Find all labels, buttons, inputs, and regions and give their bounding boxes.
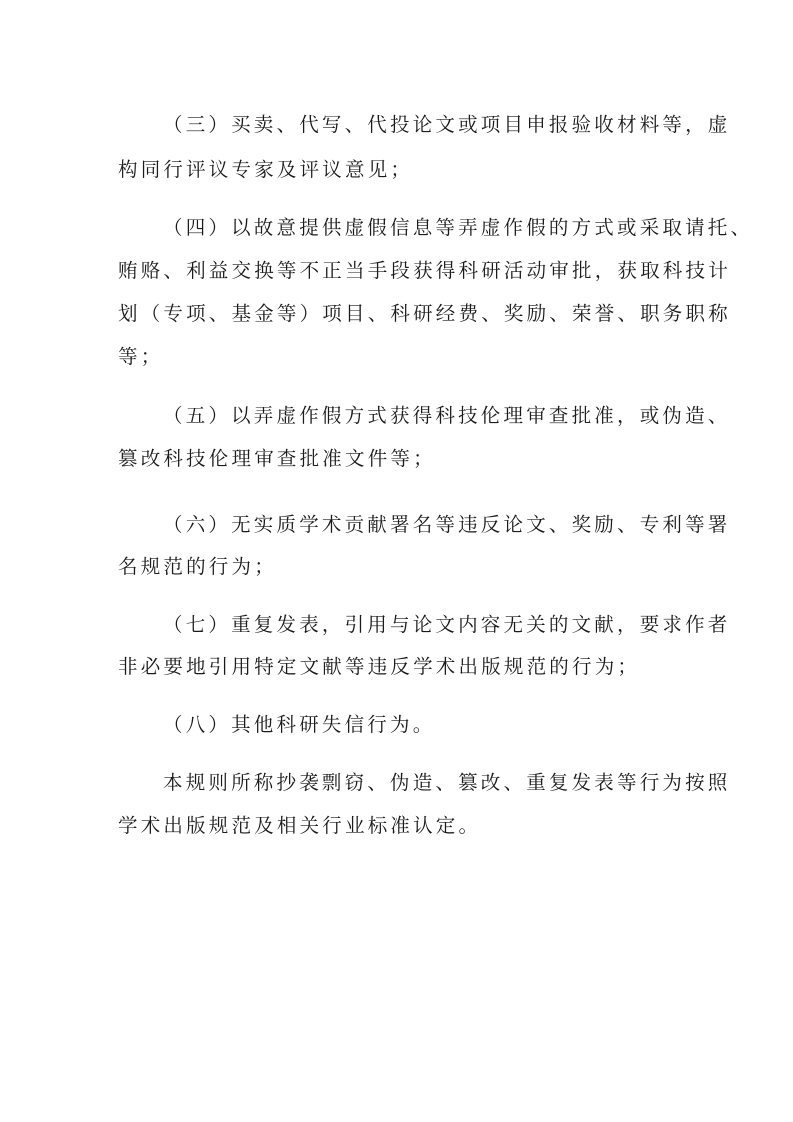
text-line: （四）以故意提供虚假信息等弄虚作假的方式或采取请托、 bbox=[163, 213, 723, 243]
text-line: 名规范的行为； bbox=[118, 552, 678, 582]
text-line: （三）买卖、代写、代投论文或项目申报验收材料等，虚 bbox=[163, 110, 723, 140]
text-line: 篡改科技伦理审查批准文件等； bbox=[118, 444, 678, 474]
text-line: 学术出版规范及相关行业标准认定。 bbox=[118, 811, 678, 841]
text-line: 贿赂、利益交换等不正当手段获得科研活动审批，获取科技计 bbox=[118, 256, 678, 286]
text-line: （五）以弄虚作假方式获得科技伦理审查批准，或伪造、 bbox=[163, 401, 723, 431]
text-line: 构同行评议专家及评议意见； bbox=[118, 155, 678, 185]
document-page: （三）买卖、代写、代投论文或项目申报验收材料等，虚 构同行评议专家及评议意见； … bbox=[0, 0, 793, 1122]
text-line: （六）无实质学术贡献署名等违反论文、奖励、专利等署 bbox=[163, 510, 723, 540]
text-line: 本规则所称抄袭剽窃、伪造、篡改、重复发表等行为按照 bbox=[163, 768, 723, 798]
text-line: 划（专项、基金等）项目、科研经费、奖励、荣誉、职务职称 bbox=[118, 299, 678, 329]
text-line: 非必要地引用特定文献等违反学术出版规范的行为； bbox=[118, 652, 678, 682]
text-line: 等； bbox=[118, 342, 678, 372]
text-line: （八）其他科研失信行为。 bbox=[163, 710, 723, 740]
text-line: （七）重复发表，引用与论文内容无关的文献，要求作者 bbox=[163, 610, 723, 640]
